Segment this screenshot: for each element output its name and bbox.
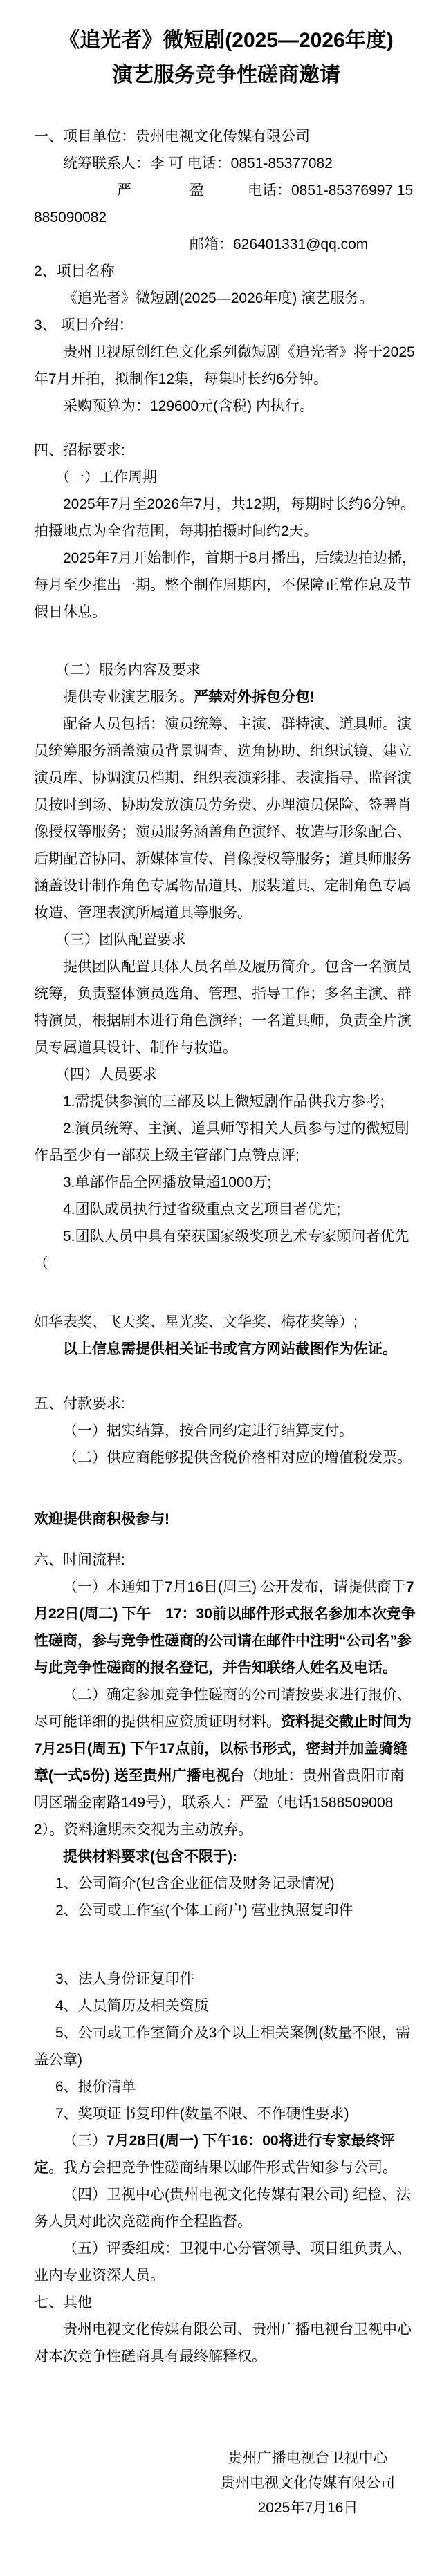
materials-item-1: 1、公司简介(包含企业征信及财务记录情况) <box>34 1870 418 1897</box>
payment-requirement-2: （二）供应商能够提供含税价格相对应的增值税发票。 <box>34 1444 418 1471</box>
timeline-item-4: （四）卫视中心(贵州电视文化传媒有限公司) 纪检、法务人员对此次竞磋商作全程监督… <box>34 2181 418 2235</box>
section-2-heading: 2、项目名称 <box>34 258 418 285</box>
personnel-requirement-2: 2.演员统筹、主演、道具师等相关人员参与过的微短剧作品至少有一部获上级主管部门点… <box>34 1115 418 1169</box>
materials-item-6: 6、报价清单 <box>34 2073 418 2100</box>
section-5-heading: 五、付款要求: <box>34 1390 418 1417</box>
contact-line-email: 邮箱：626401331@qq.com <box>34 231 418 258</box>
document-title-line1: 《追光者》微短剧(2025—2026年度) <box>34 24 418 58</box>
welcome-line: 欢迎提供商积极参与! <box>34 1506 418 1533</box>
section-4-2-heading: （二）服务内容及要求 <box>34 657 418 684</box>
materials-item-4: 4、人员简历及相关资质 <box>34 1992 418 2019</box>
contact-line-coordinator: 统筹联系人：李 可 电话：0851-85377082 <box>34 150 418 177</box>
section-4-4-heading: （四）人员要求 <box>34 1061 418 1088</box>
personnel-requirement-1: 1.需提供参演的三部及以上微短剧作品供我方参考; <box>34 1088 418 1115</box>
project-intro-paragraph: 贵州卫视原创红色文化系列微短剧《追光者》将于2025年7月开拍，拟制作12集，每… <box>34 339 418 393</box>
signature-org-2: 贵州电视文化传媒有限公司 <box>197 2471 418 2496</box>
document-title-line2: 演艺服务竞争性磋商邀请 <box>34 58 418 93</box>
materials-item-2: 2、公司或工作室(个体工商户) 营业执照复印件 <box>34 1897 418 1924</box>
project-budget-paragraph: 采购预算为：129600元(含税) 内执行。 <box>34 393 418 420</box>
section-6-heading: 六、时间流程: <box>34 1547 418 1574</box>
section-4-3-heading: （三）团队配置要求 <box>34 926 418 953</box>
final-interpretation-paragraph: 贵州电视文化传媒有限公司、贵州广播电视台卫视中心对本次竞争性磋商具有最终解释权。 <box>34 2316 418 2370</box>
project-name-paragraph: 《追光者》微短剧(2025—2026年度) 演艺服务。 <box>34 285 418 312</box>
materials-heading: 提供材料要求(包含不限于): <box>34 1843 418 1870</box>
timeline-item-3: （三）7月28日(周一) 下午16：00将进行专家最终评定。我方会把竞争性磋商结… <box>34 2127 418 2181</box>
personnel-requirement-5-line2: 如华表奖、飞天奖、星光奖、文华奖、梅花奖等）; <box>34 1309 418 1336</box>
signature-date: 2025年7月16日 <box>197 2496 418 2521</box>
section-4-1-heading: （一）工作周期 <box>34 464 418 491</box>
personnel-requirement-3: 3.单部作品全网播放量超1000万; <box>34 1169 418 1196</box>
certificates-note: 以上信息需提供相关证书或官方网站截图作为佐证。 <box>34 1336 418 1363</box>
section-4-heading: 四、招标要求: <box>34 437 418 464</box>
signature-org-1: 贵州广播电视台卫视中心 <box>197 2446 418 2471</box>
timeline-item-5: （五）评委组成：卫视中心分管领导、项目组负责人、业内专业资深人员。 <box>34 2235 418 2289</box>
personnel-requirement-5-line1: 5.团队人员中具有荣获国家级奖项艺术专家顾问者优先（ <box>34 1223 418 1277</box>
contact-line-second: 严 盈 电话：0851-85376997 15885090082 <box>34 177 418 231</box>
timeline-item-1: （一）本通知于7月16日(周三) 公开发布，请提供商于7月22日(周二) 下午 … <box>34 1574 418 1681</box>
work-cycle-paragraph-2: 2025年7月开始制作，首期于8月播出，后续边拍边播，每月至少推出一期。整个制作… <box>34 545 418 626</box>
personnel-requirement-4: 4.团队成员执行过省级重点文艺项目者优先; <box>34 1196 418 1223</box>
document-title: 《追光者》微短剧(2025—2026年度) 演艺服务竞争性磋商邀请 <box>34 24 418 93</box>
work-cycle-paragraph-1: 2025年7月至2026年7月，共12期，每期时长约6分钟。拍摄地点为全省范围，… <box>34 491 418 545</box>
team-config-paragraph: 提供团队配置具体人员名单及履历简介。包含一名演员统筹，负责整体演员选角、管理、指… <box>34 953 418 1061</box>
section-7-heading: 七、其他 <box>34 2289 418 2316</box>
materials-item-7: 7、奖项证书复印件(数量不限、不作硬性要求) <box>34 2100 418 2127</box>
timeline-item-2: （二）确定参加竞争性磋商的公司请按要求进行报价、尽可能详细的提供相应资质证明材料… <box>34 1681 418 1843</box>
service-content-paragraph-1: 提供专业演艺服务。严禁对外拆包分包! <box>34 684 418 711</box>
section-3-heading: 3、 项目介绍： <box>34 312 418 339</box>
materials-item-3: 3、法人身份证复印件 <box>34 1966 418 1992</box>
materials-item-5: 5、公司或工作室简介及3个以上相关案例(数量不限，需盖公章) <box>34 2019 418 2073</box>
section-1-heading: 一、项目单位：贵州电视文化传媒有限公司 <box>34 123 418 150</box>
service-content-paragraph-2: 配备人员包括：演员统筹、主演、群特演、道具师。演员统筹服务涵盖演员背景调查、选角… <box>34 711 418 926</box>
payment-requirement-1: （一）据实结算，按合同约定进行结算支付。 <box>34 1417 418 1444</box>
document-page: 《追光者》微短剧(2025—2026年度) 演艺服务竞争性磋商邀请 一、项目单位… <box>0 0 442 2576</box>
signature-block: 贵州广播电视台卫视中心 贵州电视文化传媒有限公司 2025年7月16日 <box>197 2446 418 2521</box>
